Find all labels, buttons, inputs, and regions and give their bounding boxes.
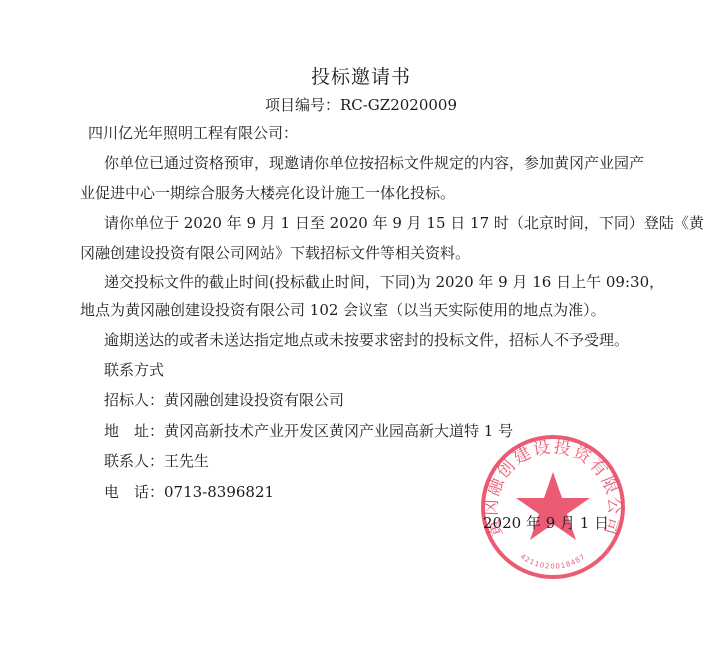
paragraph-1-line-2: 业促进中心一期综合服务大楼亮化设计施工一体化投标。: [80, 182, 455, 203]
svg-text:4211020018487: 4211020018487: [519, 552, 588, 570]
paragraph-3-line-1: 递交投标文件的截止时间(投标截止时间，下同)为 2020 年 9 月 16 日上…: [104, 271, 664, 292]
recipient: 四川亿光年照明工程有限公司：: [88, 122, 298, 143]
project-number: 项目编号：RC-GZ2020009: [0, 94, 722, 115]
company-seal-icon: 黄冈融创建设投资有限公司 4211020018487: [478, 432, 628, 582]
contact-person: 联系人：王先生: [104, 450, 209, 471]
document-title: 投标邀请书: [0, 62, 722, 89]
paragraph-2-line-1: 请你单位于 2020 年 9 月 1 日至 2020 年 9 月 15 日 17…: [104, 212, 704, 233]
contact-address: 地 址：黄冈高新技术产业开发区黄冈产业园高新大道特 1 号: [104, 420, 513, 441]
paragraph-3-line-2: 地点为黄冈融创建设投资有限公司 102 会议室（以当天实际使用的地点为准）。: [80, 299, 606, 320]
document-date: 2020 年 9 月 1 日: [483, 512, 609, 533]
contact-heading: 联系方式: [104, 359, 164, 380]
paragraph-1-line-1: 你单位已通过资格预审，现邀请你单位按招标文件规定的内容，参加黄冈产业园产: [104, 152, 644, 173]
paragraph-4: 逾期送达的或者未送达指定地点或未按要求密封的投标文件，招标人不予受理。: [104, 329, 629, 350]
paragraph-2-line-2: 冈融创建设投资有限公司网站》下载招标文件等相关资料。: [80, 242, 470, 263]
contact-tenderer: 招标人：黄冈融创建设投资有限公司: [104, 389, 344, 410]
contact-phone: 电 话：0713-8396821: [104, 481, 274, 502]
